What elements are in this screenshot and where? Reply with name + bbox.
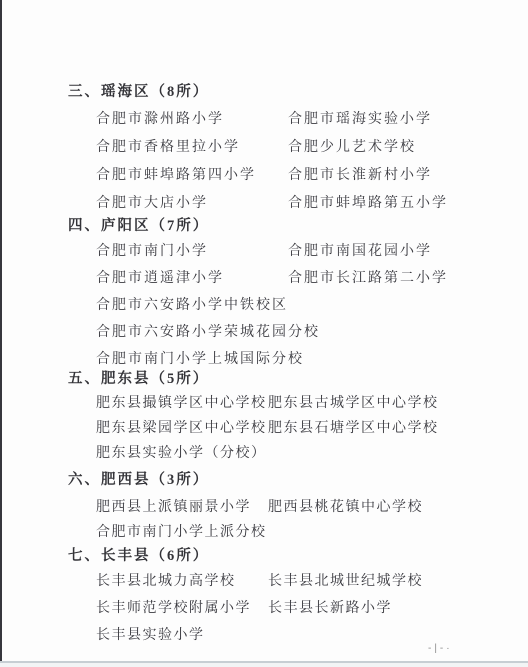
school-row: 合肥市蚌埠路第四小学 合肥市长淮新村小学 [0,164,528,192]
school-name: 合肥市长淮新村小学 [288,164,432,184]
school-name: 合肥市蚌埠路第四小学 [96,164,288,184]
school-rows: 合肥市南门小学 合肥市南国花园小学 合肥市逍遥津小学 合肥市长江路第二小学 合肥… [0,240,528,375]
school-name: 合肥市滁州路小学 [96,108,288,128]
section-feidong: 五、肥东县（5所） 肥东县撮镇学区中心学校 肥东县古城学区中心学校 肥东县梁园学… [0,369,528,467]
school-row: 肥东县撮镇学区中心学校 肥东县古城学区中心学校 [0,392,528,417]
school-name: 合肥市南门小学上派分校 [96,521,268,541]
school-row: 长丰县北城力高学校 长丰县北城世纪城学校 [0,570,528,597]
school-name: 肥西县桃花镇中心学校 [268,496,423,516]
school-name: 长丰师范学校附属小学 [96,597,268,617]
section-heading: 四、庐阳区（7所） [0,216,528,236]
school-row: 合肥市南门小学 合肥市南国花园小学 [0,240,528,267]
school-name: 合肥市瑶海实验小学 [288,108,432,128]
school-name: 长丰县长新路小学 [268,597,392,617]
school-row: 合肥市南门小学上派分校 [0,521,528,546]
school-name: 合肥市大店小学 [96,192,288,212]
section-heading: 七、长丰县（6所） [0,546,528,566]
school-rows: 合肥市滁州路小学 合肥市瑶海实验小学 合肥市香格里拉小学 合肥少儿艺术学校 合肥… [0,108,528,220]
school-name: 合肥市六安路小学中铁校区 [96,294,288,314]
school-name: 肥东县梁园学区中心学校 [96,417,268,437]
school-row: 长丰师范学校附属小学 长丰县长新路小学 [0,597,528,624]
school-row: 合肥市香格里拉小学 合肥少儿艺术学校 [0,136,528,164]
school-name: 长丰县实验小学 [96,624,268,644]
school-name: 合肥市南门小学上城国际分校 [96,348,288,368]
school-name: 肥西县上派镇丽景小学 [96,496,268,516]
document-page: 三、瑶海区（8所） 合肥市滁州路小学 合肥市瑶海实验小学 合肥市香格里拉小学 合… [0,0,528,667]
school-row: 合肥市六安路小学中铁校区 [0,294,528,321]
section-yaohai: 三、瑶海区（8所） 合肥市滁州路小学 合肥市瑶海实验小学 合肥市香格里拉小学 合… [0,82,528,220]
section-heading: 六、肥西县（3所） [0,470,528,490]
school-name: 合肥市南国花园小学 [288,240,432,260]
school-name: 肥东县古城学区中心学校 [268,392,439,412]
school-name: 长丰县北城力高学校 [96,570,268,590]
school-rows: 肥东县撮镇学区中心学校 肥东县古城学区中心学校 肥东县梁园学区中心学校 肥东县石… [0,392,528,467]
school-name: 合肥市六安路小学荣城花园分校 [96,321,288,341]
school-name: 合肥市长江路第二小学 [288,267,448,287]
school-rows: 长丰县北城力高学校 长丰县北城世纪城学校 长丰师范学校附属小学 长丰县长新路小学… [0,570,528,651]
school-name: 合肥少儿艺术学校 [288,136,416,156]
school-name: 长丰县北城世纪城学校 [268,570,423,590]
section-heading: 三、瑶海区（8所） [0,82,528,102]
section-heading: 五、肥东县（5所） [0,369,528,389]
school-name: 肥东县石塘学区中心学校 [268,417,439,437]
school-name: 肥东县实验小学（分校） [96,442,268,462]
section-changfeng: 七、长丰县（6所） 长丰县北城力高学校 长丰县北城世纪城学校 长丰师范学校附属小… [0,546,528,651]
school-row: 肥西县上派镇丽景小学 肥西县桃花镇中心学校 [0,496,528,521]
school-row: 合肥市滁州路小学 合肥市瑶海实验小学 [0,108,528,136]
school-row: 合肥市逍遥津小学 合肥市长江路第二小学 [0,267,528,294]
school-name: 肥东县撮镇学区中心学校 [96,392,268,412]
section-luyang: 四、庐阳区（7所） 合肥市南门小学 合肥市南国花园小学 合肥市逍遥津小学 合肥市… [0,216,528,375]
section-feixi: 六、肥西县（3所） 肥西县上派镇丽景小学 肥西县桃花镇中心学校 合肥市南门小学上… [0,470,528,546]
school-rows: 肥西县上派镇丽景小学 肥西县桃花镇中心学校 合肥市南门小学上派分校 [0,496,528,546]
school-name: 合肥市南门小学 [96,240,288,260]
scan-below-line-area [0,663,528,667]
school-name: 合肥市逍遥津小学 [96,267,288,287]
page-number-mark: -|-· [428,643,453,654]
school-row: 肥东县梁园学区中心学校 肥东县石塘学区中心学校 [0,417,528,442]
school-name: 合肥市蚌埠路第五小学 [288,192,448,212]
school-row: 肥东县实验小学（分校） [0,442,528,467]
school-name: 合肥市香格里拉小学 [96,136,288,156]
school-row: 合肥市六安路小学荣城花园分校 [0,321,528,348]
